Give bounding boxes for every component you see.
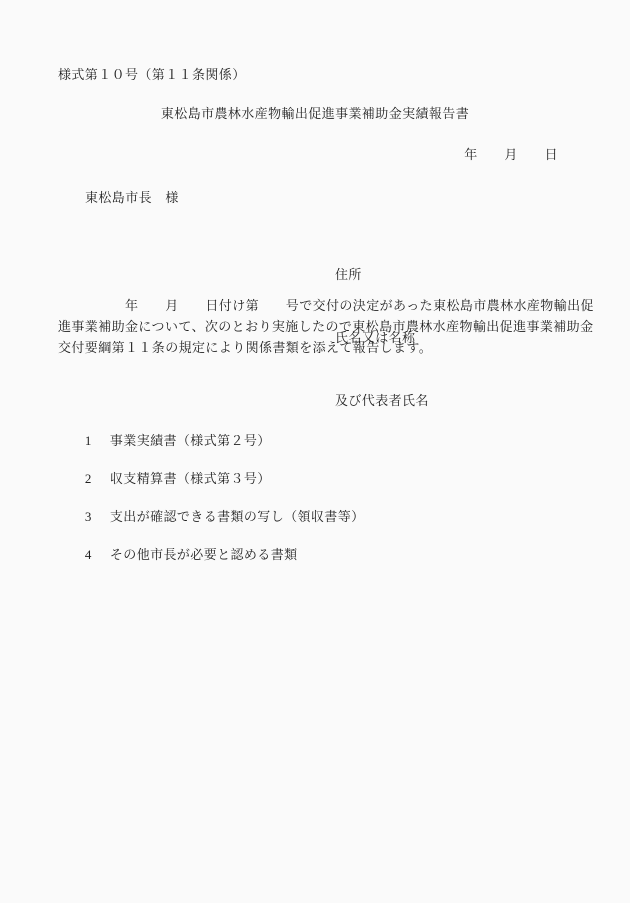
list-item: 4その他市長が必要と認める書類 — [63, 528, 365, 566]
list-item: 1事業実績書（様式第２号） — [63, 414, 365, 452]
list-item-text: 事業実績書（様式第２号） — [110, 433, 271, 448]
list-item-number: 4 — [85, 547, 110, 563]
list-item-text: その他市長が必要と認める書類 — [110, 547, 298, 562]
body-paragraph: 年 月 日付け第 号で交付の決定があった東松島市農林水産物輸出促 進事業補助金に… — [58, 295, 578, 358]
body-line-1: 年 月 日付け第 号で交付の決定があった東松島市農林水産物輸出促 — [58, 295, 578, 316]
addressee-line: 東松島市長 様 — [85, 187, 179, 206]
page-title: 東松島市農林水産物輸出促進事業補助金実績報告書 — [0, 103, 630, 122]
body-line-2: 進事業補助金について、次のとおり実施したので東松島市農林水産物輸出促進事業補助金 — [58, 316, 578, 337]
attachment-list: 1事業実績書（様式第２号） 2収支精算書（様式第３号） 3支出が確認できる書類の… — [63, 414, 365, 566]
list-item-number: 2 — [85, 471, 110, 487]
applicant-representative-label: 及び代表者氏名 — [335, 390, 429, 411]
form-number: 様式第１０号（第１１条関係） — [58, 64, 246, 83]
list-item-number: 3 — [85, 509, 110, 525]
list-item-text: 収支精算書（様式第３号） — [110, 471, 271, 486]
list-item: 2収支精算書（様式第３号） — [63, 452, 365, 490]
list-item-number: 1 — [85, 433, 110, 449]
document-page: 様式第１０号（第１１条関係） 東松島市農林水産物輸出促進事業補助金実績報告書 年… — [0, 0, 630, 903]
applicant-address-label: 住所 — [335, 264, 429, 285]
body-line-3: 交付要綱第１１条の規定により関係書類を添えて報告します。 — [58, 337, 578, 358]
date-blank-line: 年 月 日 — [0, 144, 630, 163]
list-item-text: 支出が確認できる書類の写し（領収書等） — [110, 509, 365, 524]
list-item: 3支出が確認できる書類の写し（領収書等） — [63, 490, 365, 528]
